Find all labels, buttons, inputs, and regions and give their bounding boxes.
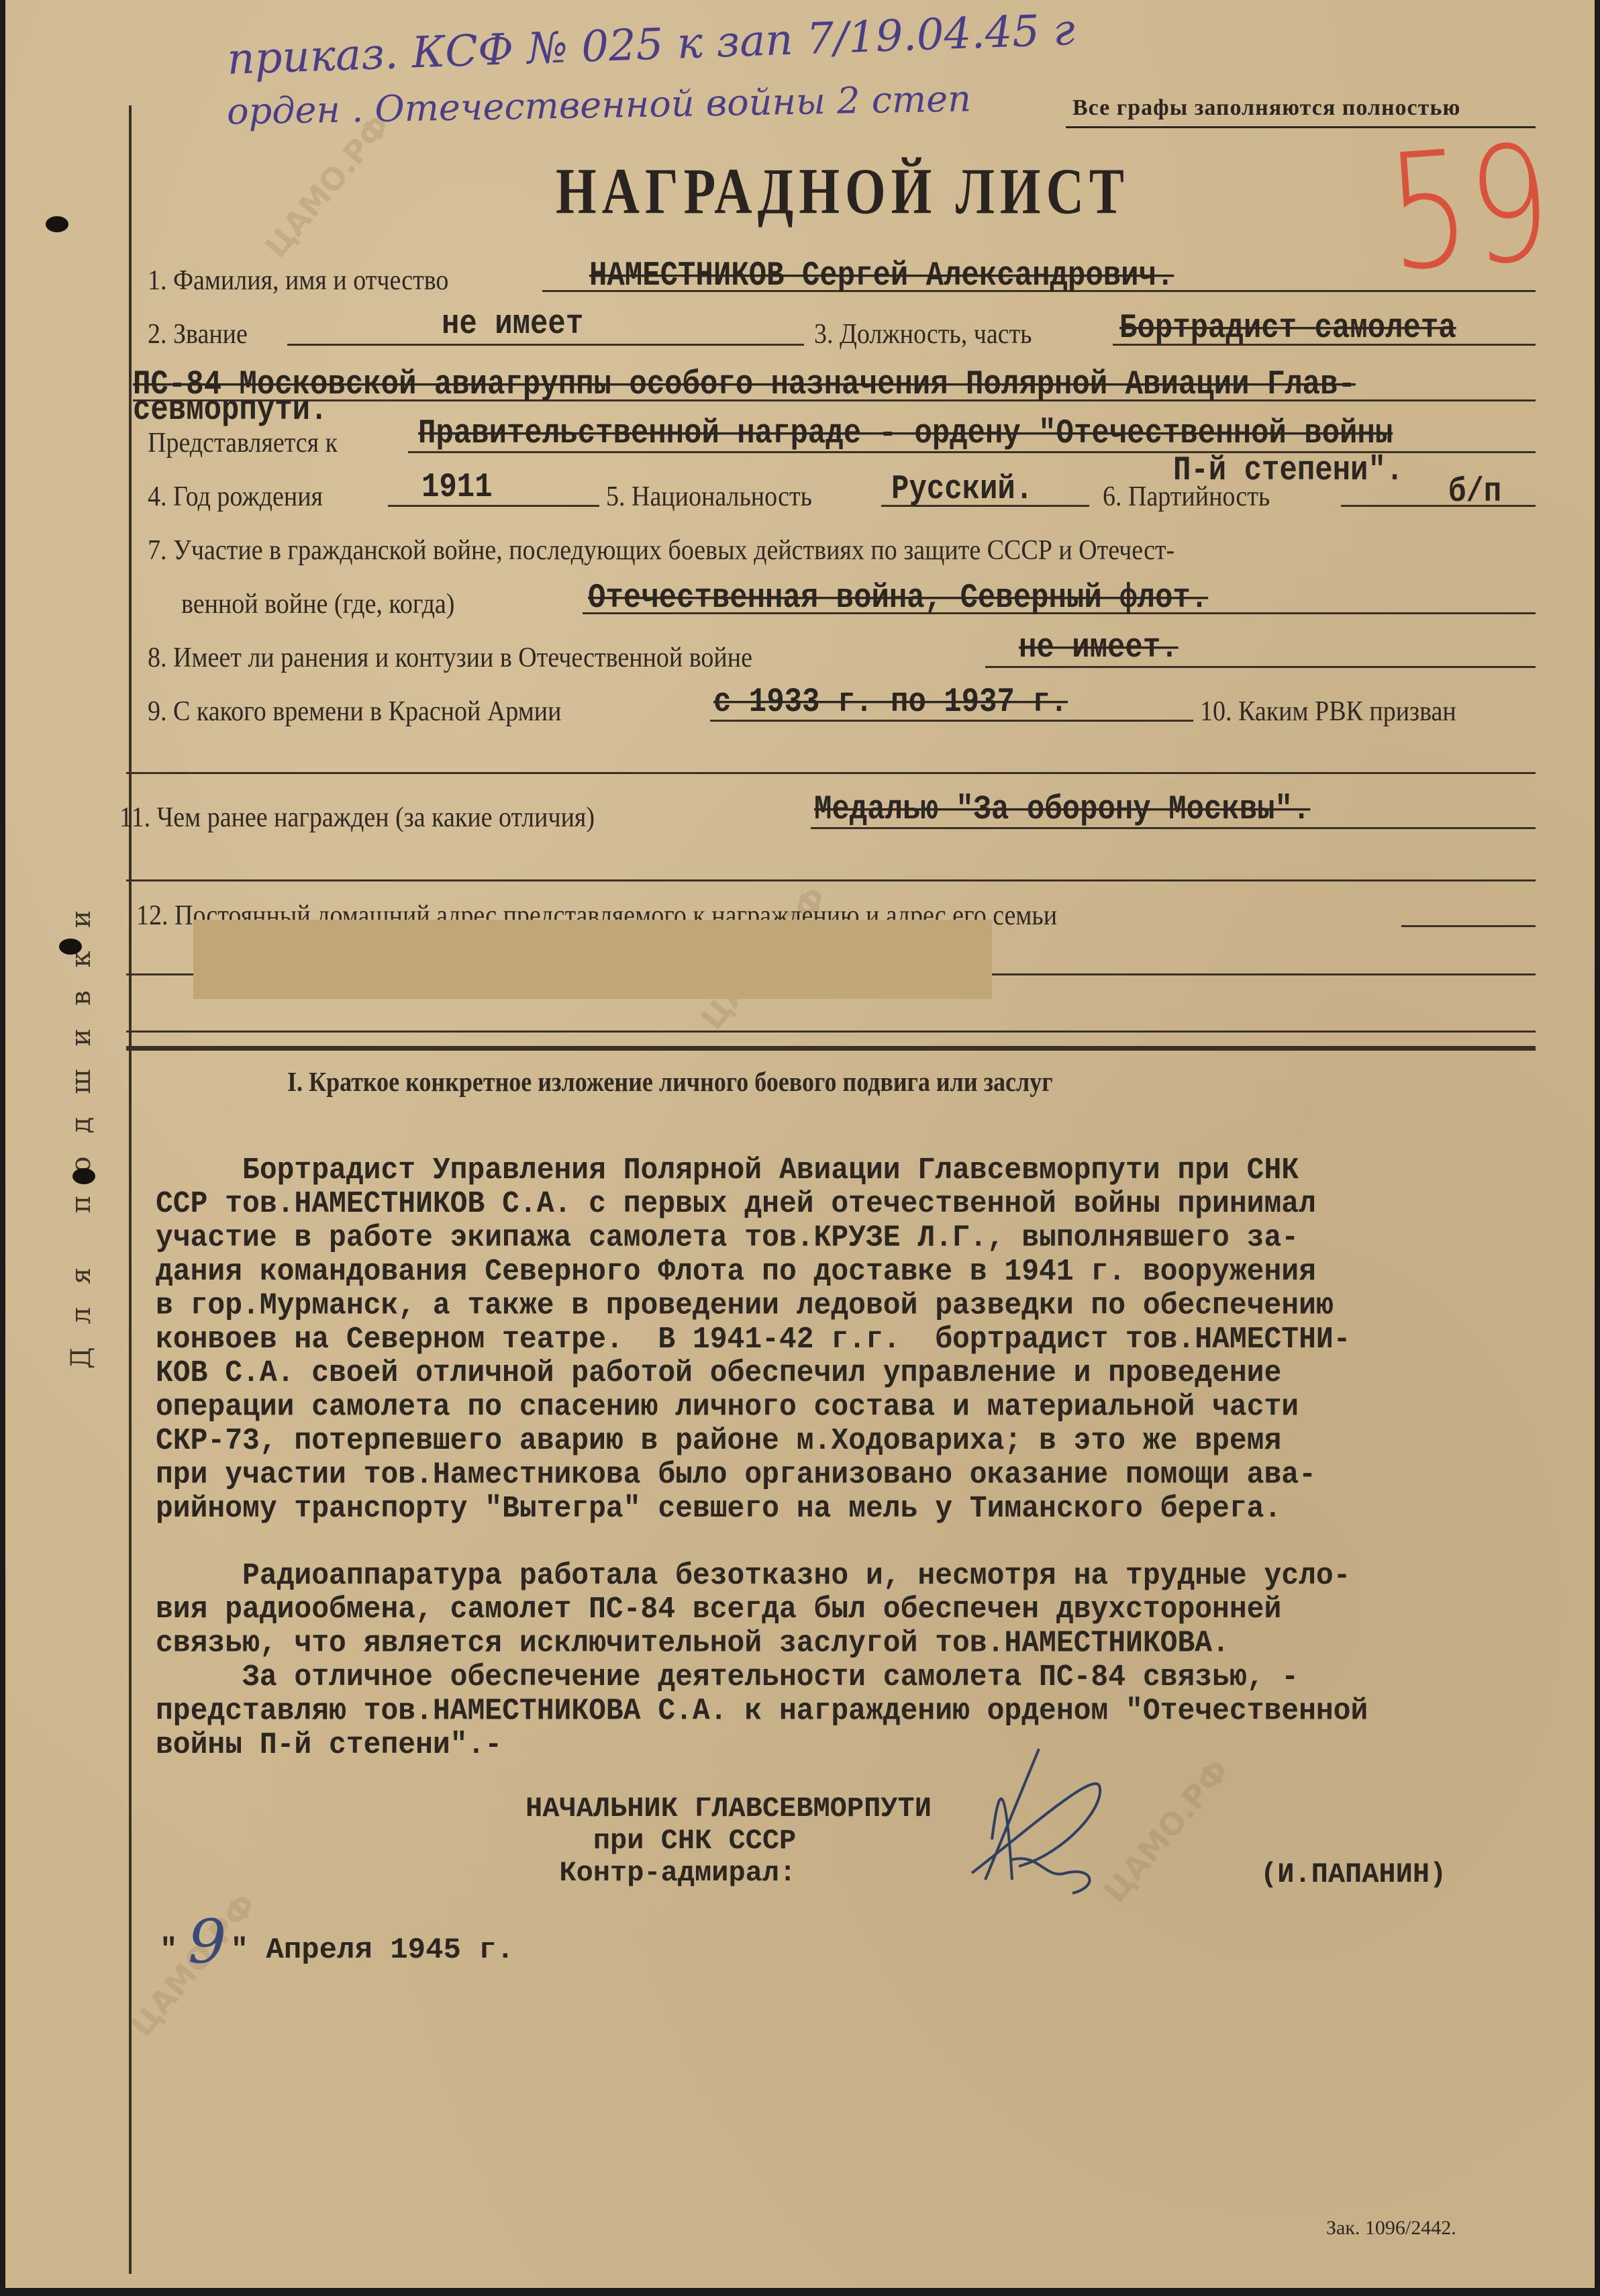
field-2-label: 2. Звание bbox=[148, 318, 248, 350]
field-5-value: Русский. bbox=[891, 471, 1033, 510]
field-line bbox=[992, 973, 1536, 975]
field-11-value: Медалью "За оборону Москвы". bbox=[814, 791, 1310, 830]
field-line bbox=[388, 505, 599, 507]
field-10-label: 10. Каким РВК призван bbox=[1200, 695, 1456, 728]
award-value-1: Правительственной награде - ордену "Отеч… bbox=[418, 415, 1393, 454]
field-2-value: не имеет bbox=[442, 305, 583, 344]
punch-hole-icon bbox=[72, 1168, 95, 1184]
redacted-address bbox=[193, 920, 992, 999]
field-3-value-1: Бортрадист самолета bbox=[1119, 309, 1456, 348]
award-label: Представляется к bbox=[148, 426, 338, 459]
binding-label: Для подшивки bbox=[66, 826, 106, 1430]
page-title: НАГРАДНОЙ ЛИСТ bbox=[556, 154, 1130, 230]
field-line bbox=[126, 1031, 1536, 1033]
binding-margin-line bbox=[129, 105, 132, 2274]
fill-instruction: Все графы заполняются полностью bbox=[1072, 95, 1460, 121]
field-5-label: 5. Национальность bbox=[606, 480, 812, 513]
date-day-handwritten: 9 bbox=[188, 1907, 226, 1977]
field-4-label: 4. Год рождения bbox=[148, 480, 323, 513]
field-8-value: не имеет. bbox=[1019, 629, 1179, 668]
field-3-value-3: севморпути. bbox=[133, 391, 328, 430]
signature-icon bbox=[932, 1745, 1133, 1920]
merit-description-paragraph-1: Бортрадист Управления Полярной Авиации Г… bbox=[156, 1153, 1351, 1525]
field-7-value: Отечественная война, Северный флот. bbox=[588, 579, 1208, 618]
signatory-position: НАЧАЛЬНИК ГЛАВСЕВМОРПУТИ при СНК СССР Ко… bbox=[526, 1792, 932, 1889]
field-9-label: 9. С какого времени в Красной Армии bbox=[148, 695, 561, 728]
field-line bbox=[287, 344, 804, 346]
field-7-label-2: венной войне (где, когда) bbox=[181, 587, 454, 620]
section-title: I. Краткое конкретное изложение личного … bbox=[287, 1065, 1053, 1098]
field-7-label-1: 7. Участие в гражданской войне, последую… bbox=[148, 534, 1174, 567]
print-order-number: Зак. 1096/2442. bbox=[1326, 2217, 1456, 2240]
handwritten-award-note: орден . Отечественной войны 2 степ bbox=[227, 77, 972, 132]
field-line bbox=[126, 973, 193, 975]
field-line bbox=[126, 879, 1536, 881]
field-8-label: 8. Имеет ли ранения и контузии в Отечест… bbox=[148, 641, 752, 674]
merit-description-paragraph-2: Радиоаппаратура работала безотказно и, н… bbox=[156, 1559, 1368, 1762]
field-1-label: 1. Фамилия, имя и отчество bbox=[148, 264, 448, 297]
field-9-value: с 1933 г. по 1937 г. bbox=[713, 683, 1068, 722]
field-3-label: 3. Должность, часть bbox=[814, 318, 1032, 350]
field-6-label: 6. Партийность bbox=[1103, 480, 1270, 513]
field-6-value: б/п bbox=[1448, 473, 1501, 512]
field-1-value: НАМЕСТНИКОВ Сергей Александрович. bbox=[589, 257, 1174, 296]
field-line bbox=[1341, 505, 1536, 507]
award-sheet-page: Для подшивки ЦАМО.РФ ЦАМО.РФ ЦАМО.РФ ЦАМ… bbox=[5, 0, 1595, 2288]
section-divider bbox=[126, 1046, 1536, 1051]
sheet-number: 59 bbox=[1382, 110, 1556, 306]
signatory-name: (И.ПАПАНИН) bbox=[1260, 1858, 1446, 1891]
field-4-value: 1911 bbox=[421, 469, 493, 508]
punch-hole-icon bbox=[59, 939, 82, 955]
field-line bbox=[1401, 925, 1536, 927]
field-11-label: 11. Чем ранее награжден (за какие отличи… bbox=[119, 801, 595, 834]
punch-hole-icon bbox=[46, 216, 68, 232]
handwritten-order-ref: приказ. КСФ № 025 к зап 7/19.04.45 г bbox=[226, 5, 1076, 85]
field-line bbox=[126, 772, 1536, 774]
